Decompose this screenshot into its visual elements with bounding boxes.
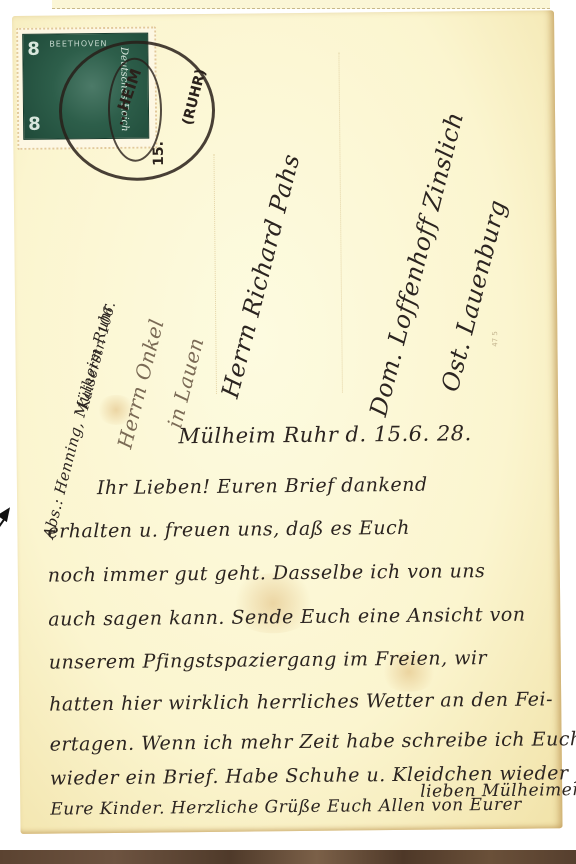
print-mark: 47 5	[491, 331, 499, 347]
letter-line: unserem Pfingstspaziergang im Freien, wi…	[49, 647, 488, 674]
letter-line: lieben Mülheimer.	[420, 780, 576, 802]
postmark-region: (RUHR)	[180, 67, 210, 127]
pencil-note-line-1: Herrn Onkel	[112, 316, 168, 451]
postmark-date: 15.	[151, 141, 167, 166]
letter-line: noch immer gut geht. Dasselbe ich von un…	[48, 560, 486, 587]
postcard: 8 8 BEETHOVEN Deutsches Reich …HEIM (RUH…	[12, 10, 563, 834]
letter-line: hatten hier wirklich herrliches Wetter a…	[49, 688, 553, 715]
divider-line	[213, 154, 217, 394]
divider-line	[338, 53, 343, 393]
letter-line: ertagen. Wenn ich mehr Zeit habe schreib…	[50, 728, 576, 756]
stamp-denomination: 8	[27, 39, 40, 60]
adjacent-photo-edge	[0, 850, 576, 864]
stamp-denomination: 8	[28, 114, 41, 135]
letter-line: Ihr Lieben! Euren Brief dankend	[97, 474, 428, 499]
pencil-note-line-2: in Lauen	[162, 335, 208, 431]
stamp-portrait-name: BEETHOVEN	[49, 39, 107, 49]
address-line-1: Herrn Richard Pahs	[216, 151, 305, 401]
letter-line: erhalten u. freuen uns, daß es Euch	[47, 517, 410, 543]
background-card-edge	[52, 0, 550, 9]
postmark: …HEIM (RUHR) 15.	[58, 40, 215, 182]
letter-dateline: Mülheim Ruhr d. 15.6. 28.	[178, 421, 472, 448]
letter-line: auch sagen kann. Sende Euch eine Ansicht…	[48, 604, 525, 631]
address-line-3: Ost. Lauenburg	[436, 197, 512, 395]
